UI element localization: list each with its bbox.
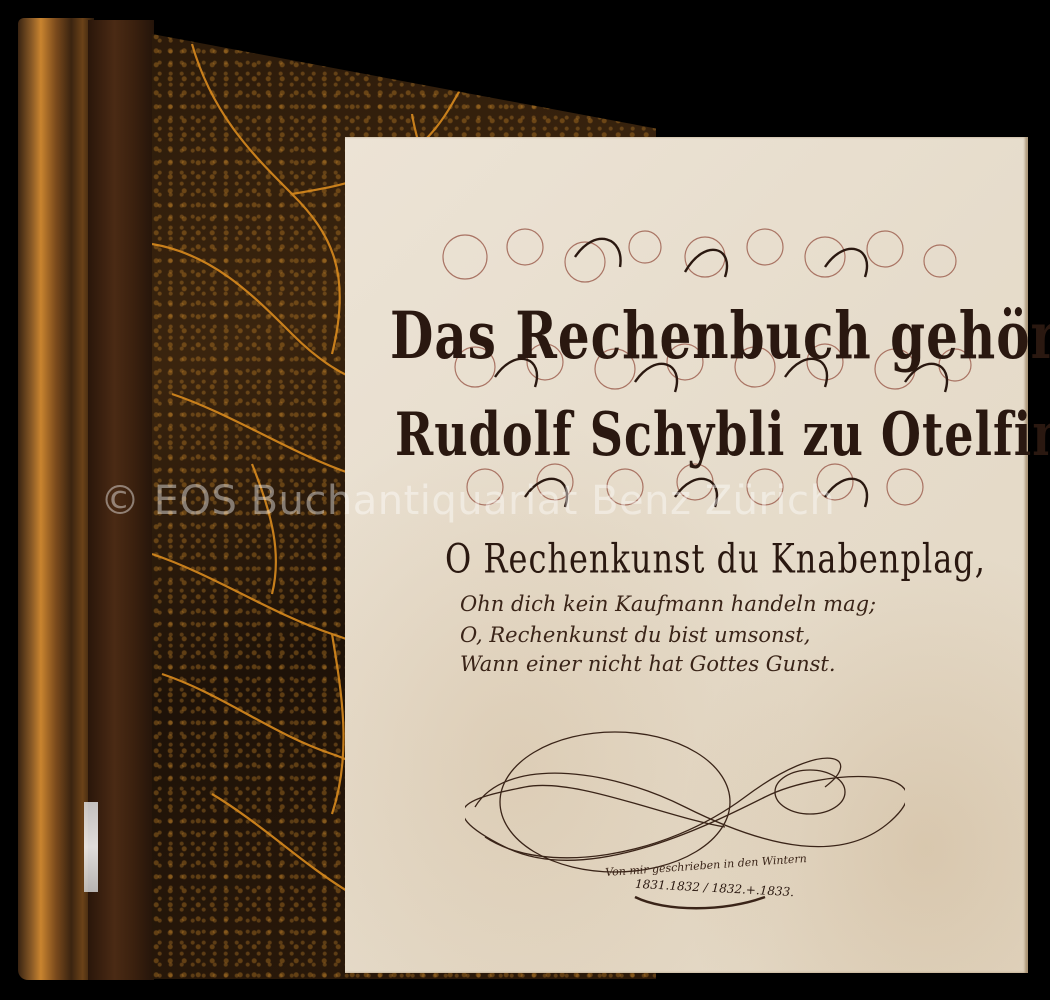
verse-line-2: O, Rechenkunst du bist umsonst, bbox=[460, 623, 810, 647]
spine-label-remnant bbox=[84, 802, 98, 892]
title-line-2: Rudolf Schybli zu Otelfingen: bbox=[395, 399, 1050, 469]
title-page: Das Rechenbuch gehört mir Rudolf Schybli… bbox=[345, 137, 1028, 973]
copyright-watermark: © EOS Buchantiquariat Benz Zürich bbox=[100, 478, 835, 524]
title-line-1: Das Rechenbuch gehört mir bbox=[390, 297, 1050, 374]
verse-line-1: Ohn dich kein Kaufmann handeln mag; bbox=[460, 592, 876, 616]
title-line-3: O Rechenkunst du Knabenplag, bbox=[445, 535, 986, 583]
verse-line-3: Wann einer nicht hat Gottes Gunst. bbox=[460, 652, 836, 676]
book-spine-edge bbox=[18, 18, 94, 980]
